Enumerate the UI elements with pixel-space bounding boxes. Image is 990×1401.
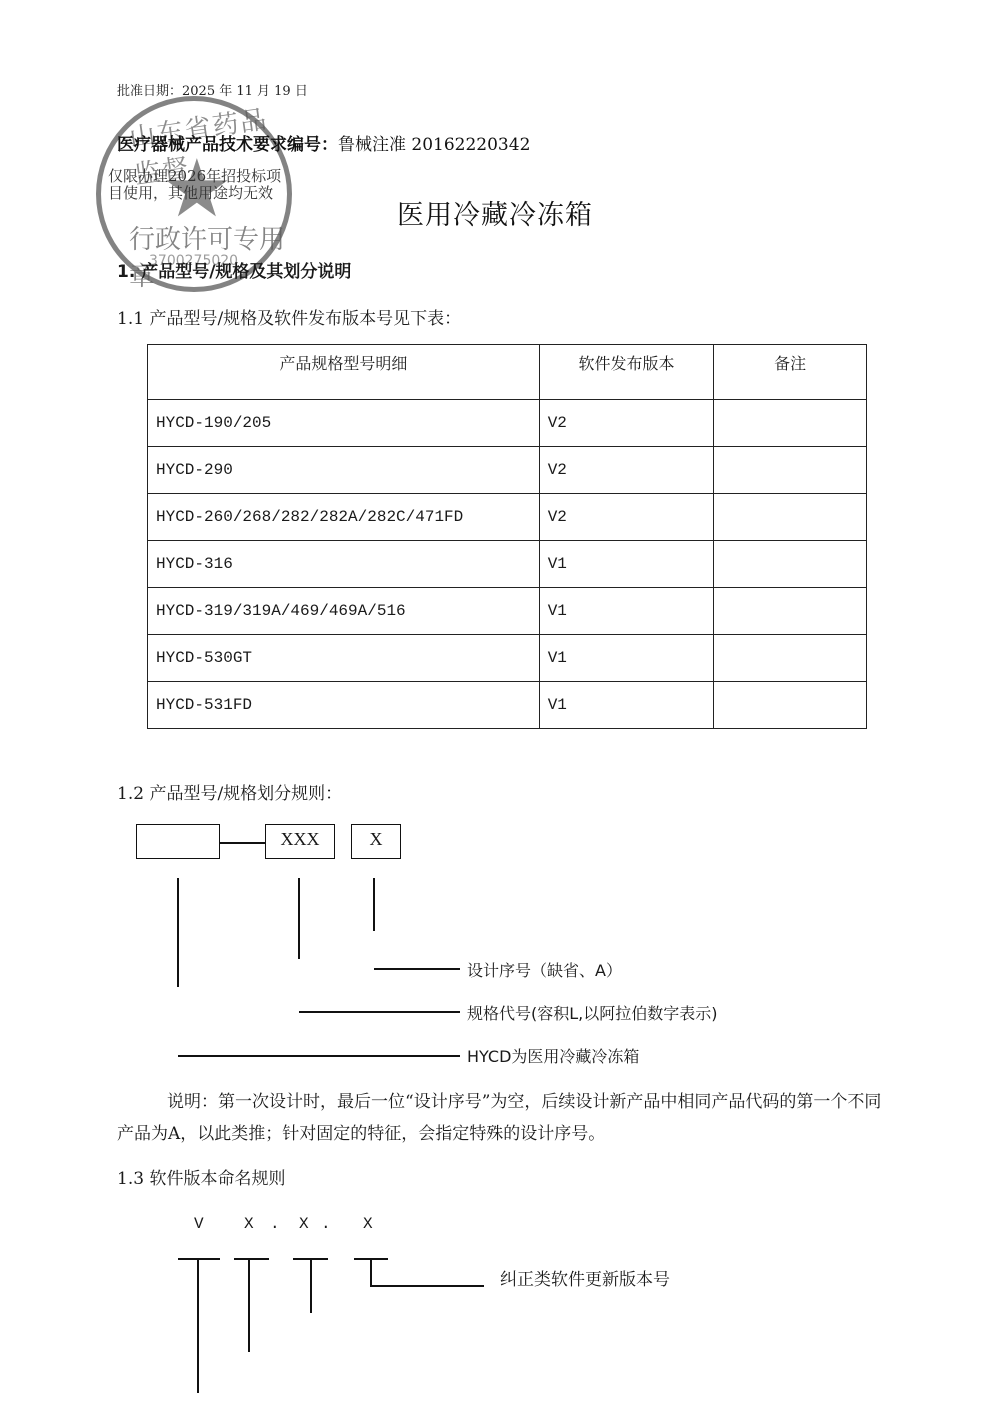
cell-note [714,494,867,541]
bar-v [178,1258,220,1260]
header-version: 软件发布版本 [539,345,714,400]
cell-version: V1 [539,588,714,635]
cell-model: HYCD-531FD [148,682,540,729]
spec-leader-line [299,1011,460,1013]
cell-model: HYCD-260/268/282/282A/282C/471FD [148,494,540,541]
ver-char-major: X [244,1215,254,1233]
usage-restriction-line1: 仅限办理2026年招投标项 [108,168,281,185]
cell-note [714,635,867,682]
cell-note [714,588,867,635]
table-row: HYCD-190/205 V2 [148,400,867,447]
cell-model: HYCD-530GT [148,635,540,682]
ver-dot-1: . [270,1215,280,1233]
model-version-table: 产品规格型号明细 软件发布版本 备注 HYCD-190/205 V2 HYCD-… [147,344,867,729]
stem-patch [370,1258,372,1285]
ver-char-patch: X [363,1215,373,1233]
cell-version: V2 [539,400,714,447]
table-header-row: 产品规格型号明细 软件发布版本 备注 [148,345,867,400]
stem-major [248,1258,250,1352]
design-leader-line [374,968,460,970]
cell-version: V2 [539,494,714,541]
hycd-leader-line [178,1055,460,1057]
design-seq-box: X [351,824,401,859]
connector-line [220,842,266,844]
spec-stem-line [298,878,300,959]
stem-v [197,1258,199,1393]
ver-char-minor: X [299,1215,309,1233]
ver-dot-2: . [321,1215,331,1233]
hycd-stem-line [177,878,179,987]
cell-version: V1 [539,635,714,682]
document-title: 医用冷藏冷冻箱 [0,193,990,232]
table-row: HYCD-530GT V1 [148,635,867,682]
label-design-seq: 设计序号（缺省、A） [467,958,622,981]
patch-leader-line [370,1285,484,1287]
section-1-heading: 1. 产品型号/规格及其划分说明 [117,257,351,282]
cell-note [714,447,867,494]
table-row: HYCD-290 V2 [148,447,867,494]
stem-minor [310,1258,312,1313]
tech-requirement-number: 医疗器械产品技术要求编号：鲁械注准 20162220342 [117,130,530,155]
cell-version: V1 [539,682,714,729]
bar-major [234,1258,269,1260]
table-row: HYCD-319/319A/469/469A/516 V1 [148,588,867,635]
explanation-note: 说明：第一次设计时，最后一位“设计序号”为空，后续设计新产品中相同产品代码的第一… [117,1086,887,1150]
table-row: HYCD-316 V1 [148,541,867,588]
ver-char-v: V [194,1215,204,1233]
section-1-2-heading: 1.2 产品型号/规格划分规则： [117,779,342,804]
design-stem-line [373,878,375,931]
header-model: 产品规格型号明细 [148,345,540,400]
tech-requirement-label: 医疗器械产品技术要求编号： [117,135,338,155]
tech-requirement-value: 鲁械注准 20162220342 [338,135,530,155]
section-1-3-heading: 1.3 软件版本命名规则 [117,1164,285,1189]
cell-version: V2 [539,447,714,494]
label-hycd: HYCD为医用冷藏冷冻箱 [467,1044,639,1067]
prefix-box [136,824,220,859]
cell-model: HYCD-319/319A/469/469A/516 [148,588,540,635]
label-spec-code: 规格代号(容积L,以阿拉伯数字表示) [467,1001,718,1024]
cell-model: HYCD-290 [148,447,540,494]
cell-note [714,541,867,588]
cell-model: HYCD-316 [148,541,540,588]
cell-version: V1 [539,541,714,588]
label-correction-version: 纠正类软件更新版本号 [500,1265,670,1290]
cell-model: HYCD-190/205 [148,400,540,447]
header-note: 备注 [714,345,867,400]
cell-note [714,400,867,447]
spec-code-box: XXX [265,824,335,859]
section-1-1-heading: 1.1 产品型号/规格及软件发布版本号见下表： [117,304,461,329]
cell-note [714,682,867,729]
table-row: HYCD-531FD V1 [148,682,867,729]
table-row: HYCD-260/268/282/282A/282C/471FD V2 [148,494,867,541]
